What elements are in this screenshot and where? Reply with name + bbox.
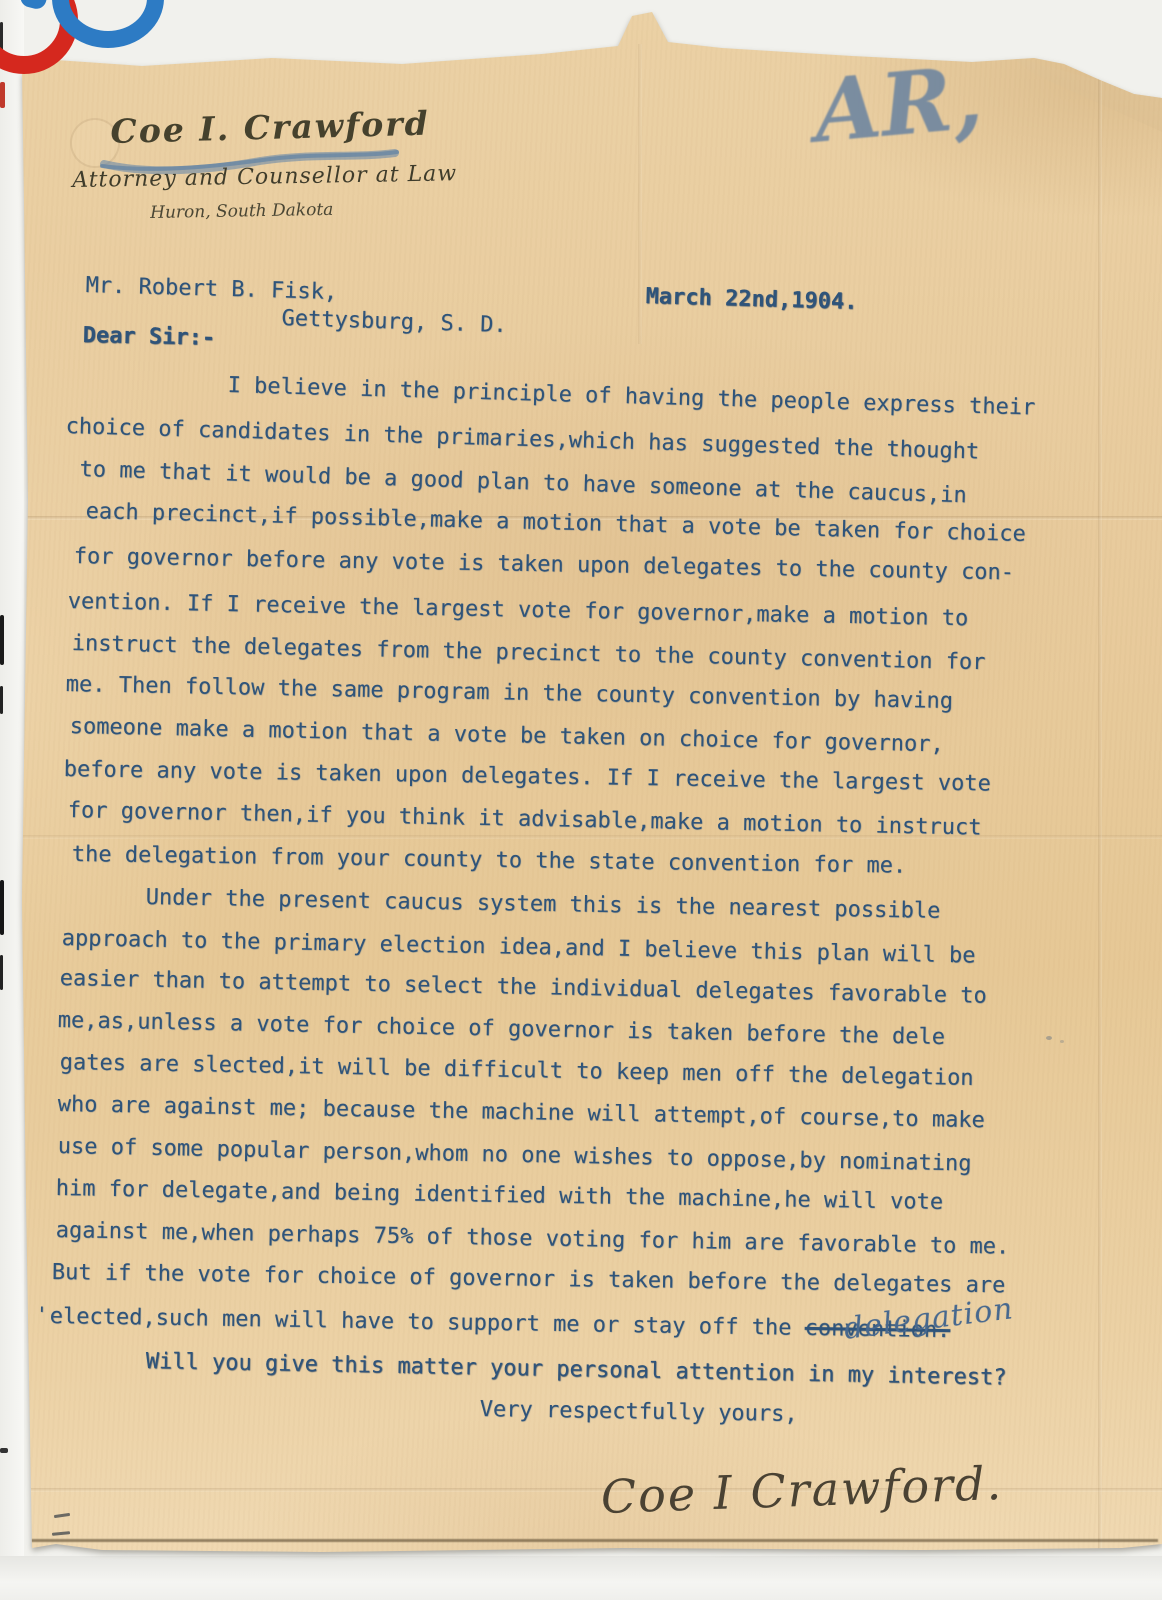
typed-line: I believe in the principle of having the… [227,372,1035,423]
typed-line: who are against me; because the machine … [58,1091,986,1135]
letterhead-name: Coe I. Crawford [110,104,430,151]
typed-line: gates are slected,it will be difficult t… [60,1049,974,1093]
salutation-line: Dear Sir:- [82,322,215,353]
closing-line: Very respectfully yours, [480,1396,798,1429]
handwritten-monogram: AR, [810,47,986,162]
typed-line: for governor then,if you think it advisa… [67,797,981,843]
letterhead-title: Attorney and Counsellor at Law [72,161,457,193]
stray-mark: ' [36,1300,48,1328]
typed-line: me. Then follow the same program in the … [65,671,953,716]
typed-line: the delegation from your county to the s… [72,841,907,881]
typed-line: Under the present caucus system this is … [146,884,941,926]
recipient-name-line: Mr. Robert B. Fisk, [85,272,337,307]
typed-line: me,as,unless a vote for choice of govern… [57,1007,945,1052]
typed-line: approach to the primary election idea,an… [61,925,975,971]
typed-line: against me,when perhaps 75% of those vot… [56,1217,1010,1262]
correction-prefix: elected,such men will have to support me… [50,1304,805,1341]
signature: Coe I Crawford. [600,1456,1004,1524]
date-line: March 22nd,1904. [645,283,858,317]
typed-line: But if the vote for choice of governor i… [52,1259,1006,1300]
recipient-city-line: Gettysburg, S. D. [281,305,507,340]
letterhead-location: Huron, South Dakota [150,200,334,223]
typed-line-with-correction: elected,such men will have to support me… [50,1303,951,1345]
typed-line: someone make a motion that a vote be tak… [69,713,944,759]
typed-line: choice of candidates in the primaries,wh… [65,413,979,467]
typed-line: before any vote is taken upon delegates.… [64,756,991,799]
ink-smudge [1046,1036,1052,1040]
question-line: Will you give this matter your personal … [145,1348,1006,1393]
typed-line: him for delegate,and being identified wi… [56,1175,944,1217]
typed-line: easier than to attempt to select the ind… [59,965,987,1011]
letter-content: Coe I. Crawford Attorney and Counsellor … [0,0,1162,1600]
typed-line: instruct the delegates from the precinct… [71,630,985,677]
typed-line: use of some popular person,whom no one w… [57,1133,971,1179]
typed-line: for governor before any vote is taken up… [74,543,1015,587]
ink-smudge [1060,1040,1064,1043]
typed-line: vention. If I receive the largest vote f… [67,588,968,633]
